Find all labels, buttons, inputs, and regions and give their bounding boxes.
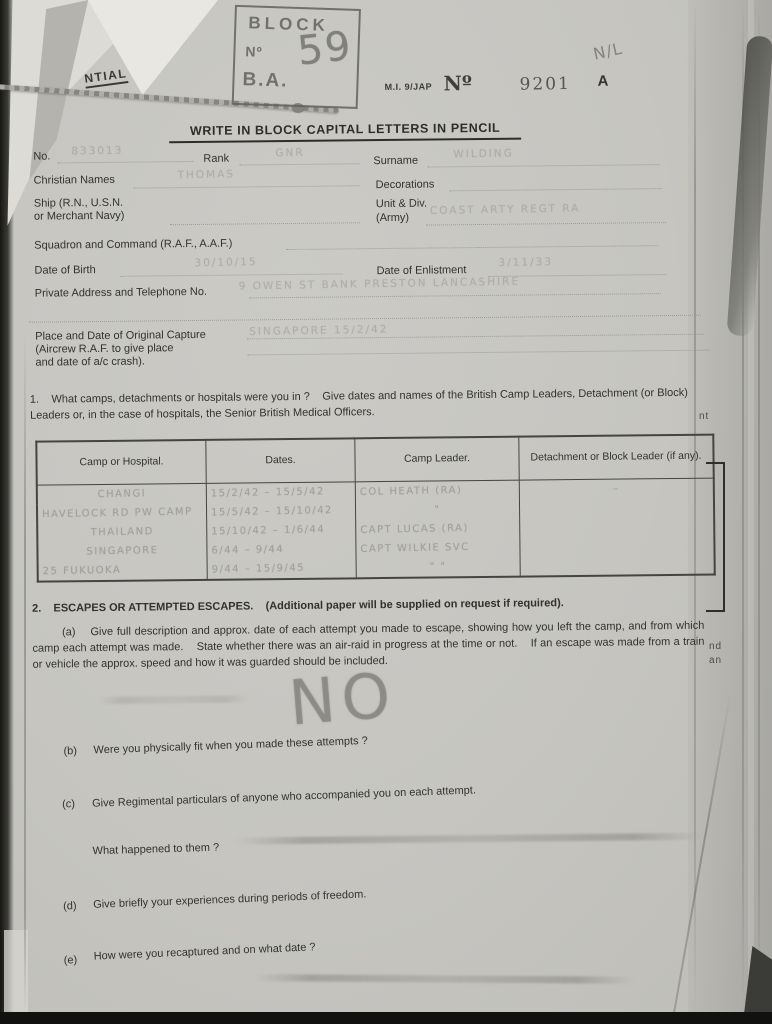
camp-name: CHANGI (42, 487, 202, 501)
faint-pencil-scribble (98, 695, 248, 704)
col-detachment-leader: Detachment or Block Leader (if any). (519, 435, 714, 481)
camp-leader: COL HEATH (RA) (360, 484, 515, 498)
question-d-marker: (d) (63, 900, 77, 914)
squadron-line (286, 244, 658, 250)
question-c-text: Give Regimental particulars of anyone wh… (92, 784, 476, 811)
capture-label-3: and date of a/c crash). (35, 356, 145, 371)
squadron-label: Squadron and Command (R.A.F., A.A.F.) (34, 238, 232, 254)
address-label: Private Address and Telephone No. (35, 286, 207, 302)
camp-name: HAVELOCK RD PW CAMP (42, 506, 202, 520)
dob-value: 30/10/15 (194, 256, 257, 269)
unit-line (426, 221, 666, 226)
col-camp-or-hospital: Camp or Hospital. (36, 440, 206, 485)
dob-label: Date of Birth (34, 264, 95, 278)
camp-name: 25 FUKUOKA (43, 563, 203, 577)
col-camp-leader: Camp Leader. (355, 437, 519, 482)
camp-leader: CAPT LUCAS (RA) (360, 522, 515, 536)
surname-field-value: WILDING (453, 147, 514, 160)
enlistment-value: 3/11/33 (498, 256, 553, 269)
form-title: WRITE IN BLOCK CAPITAL LETTERS IN PENCIL (169, 121, 521, 144)
unit-value: COAST ARTY REGT RA (430, 202, 581, 217)
scan-bottom-edge (0, 1012, 772, 1024)
question-c2-text: What happened to them ? (92, 842, 219, 859)
unit-label-1: Unit & Div. (376, 198, 427, 212)
detachment-leader (524, 506, 709, 510)
ship-line (170, 221, 360, 225)
detachment-leader (525, 563, 710, 567)
address-value: 9 OWEN ST BANK PRESTON LANCASHIRE (239, 276, 521, 293)
capture-value: SINGAPORE 15/2/42 (249, 323, 388, 337)
handwritten-answer-no: NO (286, 658, 399, 739)
question-d-text: Give briefly your experiences during per… (93, 888, 367, 912)
confidential-stamp-fragment: NTIAL (84, 66, 129, 89)
camp-dates: 9/44 – 15/9/45 (212, 562, 352, 576)
detachment-leader (524, 544, 709, 548)
camp-dates: 15/2/42 – 15/5/42 (211, 486, 351, 500)
adjacent-page-text-fragment: nd (709, 641, 722, 652)
question-e-marker: (e) (64, 954, 78, 968)
address-line (249, 292, 661, 298)
serial-number: 9201 (519, 74, 570, 95)
christian-names-line (134, 184, 360, 188)
rank-field-label: Rank (203, 153, 229, 167)
faint-pencil-bleedthrough (254, 974, 634, 984)
faint-pencil-scribble (234, 833, 704, 845)
question-b-marker: (b) (63, 745, 77, 759)
capture-line-2 (247, 349, 709, 356)
col-dates: Dates. (206, 438, 355, 483)
surname-field-label: Surname (373, 155, 418, 169)
question-1-text: 1. What camps, detachments or hospitals … (30, 386, 688, 425)
serial-no-label: Nº (443, 71, 472, 95)
ship-label-2: or Merchant Navy) (34, 210, 125, 225)
camps-table: Camp or Hospital. Dates. Camp Leader. De… (35, 434, 715, 583)
section-2-heading: 2. ESCAPES OR ATTEMPTED ESCAPES. (Additi… (32, 595, 694, 618)
dob-line (121, 272, 343, 276)
no-field-line (57, 160, 193, 163)
camp-dates: 15/5/42 – 15/10/42 (211, 505, 351, 519)
question-b-text: Were you physically fit when you made th… (93, 735, 368, 758)
surname-field-line (427, 163, 659, 167)
handwritten-block-number: 59 (295, 23, 354, 75)
pencil-annotation: N/L (592, 39, 625, 64)
stamp-line-no: Nº (245, 43, 263, 60)
camp-dates: 15/10/42 – 1/6/44 (211, 524, 351, 538)
camp-name: THAILAND (42, 525, 202, 539)
christian-names-label: Christian Names (34, 174, 115, 189)
stamp-line-ba: B.A. (242, 69, 289, 93)
camp-leader: " " (361, 560, 516, 574)
form-content: NTIAL BLOCK Nº B.A. 59 M.I. 9/JAP Nº 920… (0, 0, 772, 1024)
rank-field-line (239, 162, 359, 165)
address-line-2 (29, 314, 701, 323)
camps-table-header-row: Camp or Hospital. Dates. Camp Leader. De… (36, 435, 713, 486)
question-e-text: How were you recaptured and on what date… (93, 941, 315, 964)
camp-name: SINGAPORE (42, 544, 202, 558)
no-field-label: No. (33, 151, 50, 165)
camp-leader: CAPT WILKIE SVC (360, 541, 515, 555)
question-c-marker: (c) (62, 798, 75, 812)
margin-bracket-mark (706, 462, 725, 612)
no-field-value: 833013 (71, 145, 123, 158)
block-number-stamp: BLOCK Nº B.A. 59 (232, 5, 361, 109)
detachment-leader (524, 525, 709, 529)
camp-dates: 6/44 – 9/44 (211, 543, 351, 557)
detachment-leader: – (524, 482, 709, 497)
christian-names-value: THOMAS (177, 168, 235, 181)
adjacent-page-text-fragment: nt (699, 411, 709, 422)
mi9-form-reference: M.I. 9/JAP (385, 81, 433, 91)
adjacent-page-text-fragment: an (709, 655, 722, 666)
unit-label-2: (Army) (376, 212, 409, 226)
serial-suffix: A (597, 73, 608, 90)
decorations-line (450, 187, 662, 191)
rank-field-value: GNR (275, 147, 305, 160)
camp-leader: " (360, 503, 515, 517)
scanned-document-page: NTIAL BLOCK Nº B.A. 59 M.I. 9/JAP Nº 920… (0, 0, 772, 1024)
decorations-label: Decorations (376, 178, 435, 192)
